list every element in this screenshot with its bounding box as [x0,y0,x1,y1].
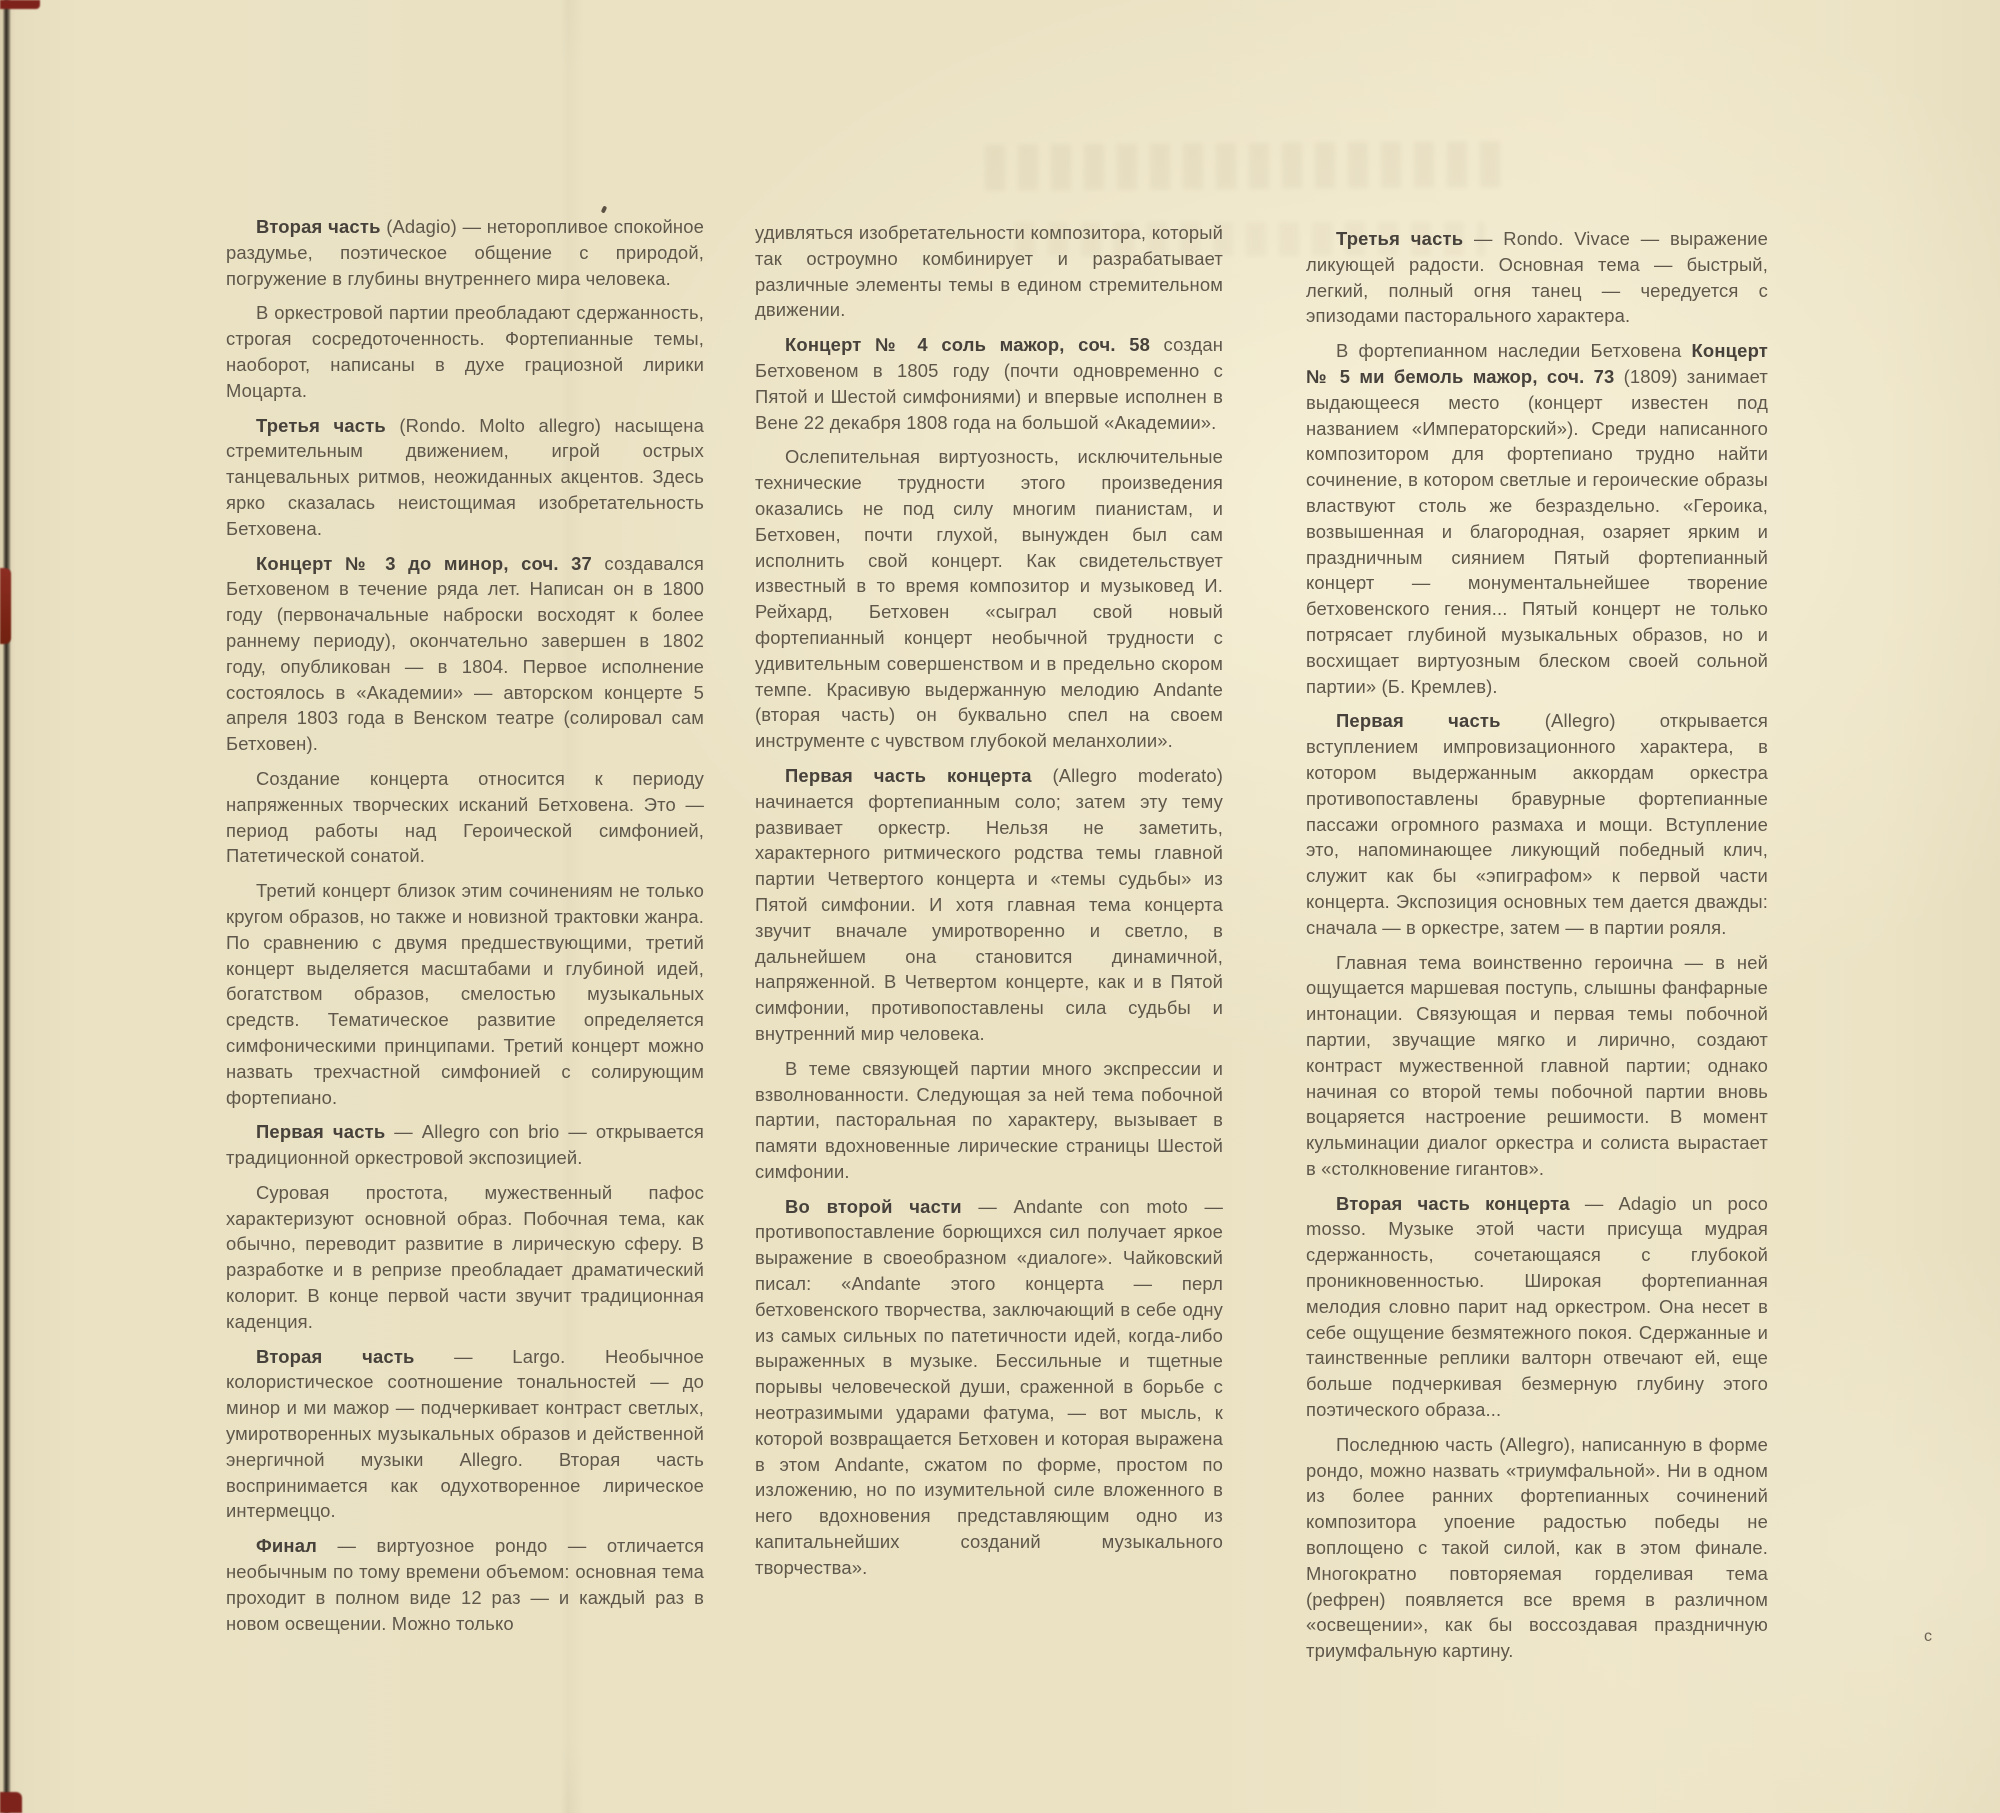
run-in-heading: Первая часть концерта [785,765,1032,786]
ink-speck [601,205,608,213]
text-run: Ослепительная виртуозность, исключительн… [755,446,1223,751]
red-edge-mark-left [0,568,11,644]
run-in-heading: Концерт № 4 соль мажор, соч. 58 [785,334,1150,355]
page-mark: c [1924,1628,1932,1646]
liner-notes-page: Вторая часть (Adagio) — неторопливое спо… [0,0,2000,1813]
paragraph: Вторая часть — Largo. Необычное колорист… [226,1344,704,1525]
text-run: удивляться изобретательности композитора… [755,222,1223,320]
text-run: (Allegro moderato) начинается фортепианн… [755,765,1223,1044]
text-column-1: Вторая часть (Adagio) — неторопливое спо… [226,214,704,1645]
text-run: — Andante con moto — противопоставление … [755,1196,1223,1578]
paragraph: Создание концерта относится к периоду на… [226,766,704,869]
text-run: В теме связующей партии много экспрессии… [755,1058,1223,1182]
bleedthrough-ghost-text-upper [985,141,1505,191]
run-in-heading: Финал [256,1535,317,1556]
run-in-heading: Концерт № 3 до минор, соч. 37 [256,553,592,574]
paragraph: В фортепианном наследии Бетховена Концер… [1306,338,1768,699]
text-run: В оркестровой партии преобладают сдержан… [226,302,704,400]
run-in-heading: Вторая часть концерта [1336,1193,1570,1214]
paragraph: Финал — виртуозное рондо — отличается не… [226,1533,704,1636]
run-in-heading: Во второй части [785,1196,962,1217]
paragraph: В оркестровой партии преобладают сдержан… [226,300,704,403]
run-in-heading: Вторая часть [256,1346,415,1367]
paragraph: Первая часть — Allegro con brio — открыв… [226,1119,704,1171]
text-run: В фортепианном наследии Бетховена [1336,340,1692,361]
paragraph: Третий концерт близок этим сочинениям не… [226,878,704,1110]
text-run: Суровая простота, мужественный пафос хар… [226,1182,704,1332]
paragraph: Первая часть (Allegro) открывается вступ… [1306,708,1768,940]
paragraph: Вторая часть концерта — Adagio un poco m… [1306,1191,1768,1423]
paragraph: Ослепительная виртуозность, исключительн… [755,444,1223,754]
text-run: Создание концерта относится к периоду на… [226,768,704,866]
run-in-heading: Первая часть [256,1121,385,1142]
red-corner-mark-bottom-left [0,1792,22,1813]
text-run: — Adagio un poco mosso. Музыке этой част… [1306,1193,1768,1420]
paragraph: В теме связующей партии много экспрессии… [755,1056,1223,1185]
paragraph: Первая часть концерта (Allegro moderato)… [755,763,1223,1047]
text-run: Третий концерт близок этим сочинениям не… [226,880,704,1107]
left-edge-shadow [3,0,11,1813]
run-in-heading: Третья часть [1336,228,1463,249]
paragraph: Последнюю часть (Allegro), написанную в … [1306,1432,1768,1664]
paragraph: Третья часть (Rondo. Molto allegro) насы… [226,413,704,542]
paragraph: Вторая часть (Adagio) — неторопливое спо… [226,214,704,291]
paragraph: Третья часть — Rondo. Vivace — выражение… [1306,226,1768,329]
paragraph: Концерт № 3 до минор, соч. 37 создавался… [226,551,704,757]
text-run: — Largo. Необычное колористическое соотн… [226,1346,704,1522]
paragraph: Концерт № 4 соль мажор, соч. 58 создан Б… [755,332,1223,435]
text-run: Главная тема воинственно героична — в не… [1306,952,1768,1179]
paragraph: Главная тема воинственно героична — в не… [1306,950,1768,1182]
text-run: создавался Бетховеном в течение ряда лет… [226,553,704,755]
paragraph: Во второй части — Andante con moto — про… [755,1194,1223,1581]
text-column-3: Третья часть — Rondo. Vivace — выражение… [1306,226,1768,1673]
text-run: (Allegro) открывается вступлением импров… [1306,710,1768,937]
run-in-heading: Первая часть [1336,710,1501,731]
paragraph: удивляться изобретательности композитора… [755,220,1223,323]
run-in-heading: Вторая часть [256,216,381,237]
red-corner-mark-top-left [0,0,40,9]
text-column-2: удивляться изобретательности композитора… [755,220,1223,1590]
text-run: (1809) занимает выдающееся место (концер… [1306,366,1768,697]
text-run: Последнюю часть (Allegro), написанную в … [1306,1434,1768,1661]
run-in-heading: Третья часть [256,415,386,436]
paragraph: Суровая простота, мужественный пафос хар… [226,1180,704,1335]
